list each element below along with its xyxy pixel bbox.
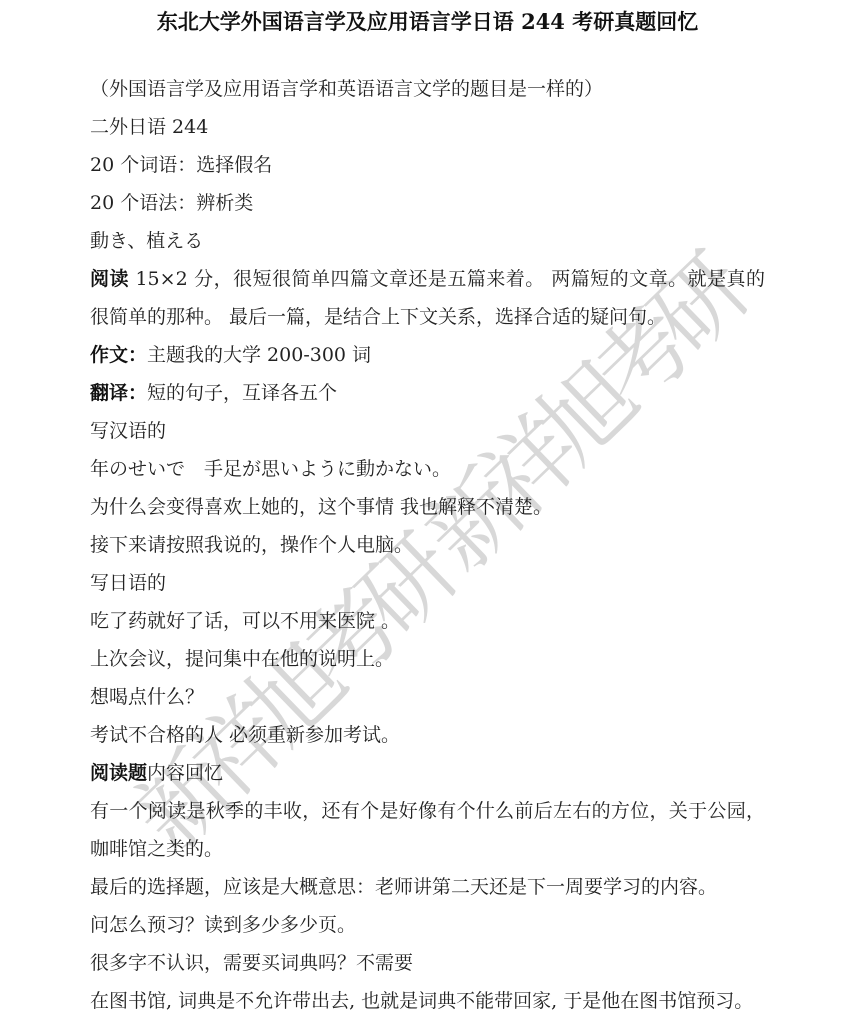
paragraph: 翻译：短的句子，互译各五个 [90,374,765,412]
paragraph: 20 个语法：辨析类 [90,184,765,222]
paragraph: 上次会议，提问集中在他的说明上。 [90,640,765,678]
paragraph-lead: 阅读 [90,268,129,290]
paragraph-lead: 阅读题 [90,762,147,784]
paragraph-text: 内容回忆 [147,762,223,784]
paragraph-text: 为什么会变得喜欢上她的，这个事情 我也解释不清楚。 [90,496,552,518]
paragraph: 最后的选择题，应该是大概意思：老师讲第二天还是下一周要学习的内容。 [90,868,765,906]
paragraph: 很多字不认识，需要买词典吗？不需要 [90,944,765,982]
paragraph: 年のせいで 手足が思いように動かない。 [90,450,765,488]
document-body: （外国语言学及应用语言学和英语语言文学的题目是一样的）二外日语 24420 个词… [90,70,765,1020]
paragraph: 20 个词语：选择假名 [90,146,765,184]
paragraph: 在图书馆, 词典是不允许带出去, 也就是词典不能带回家, 于是他在图书馆预习。 [90,982,765,1020]
paragraph: 写汉语的 [90,412,765,450]
paragraph-text: （外国语言学及应用语言学和英语语言文学的题目是一样的） [90,78,603,100]
paragraph-text: 写汉语的 [90,420,166,442]
paragraph-text: 年のせいで 手足が思いように動かない。 [90,458,451,480]
paragraph-text: 短的句子，互译各五个 [147,382,337,404]
paragraph-lead: 翻译： [90,382,147,404]
paragraph-text: 20 个词语：选择假名 [90,154,272,176]
document-title: 东北大学外国语言学及应用语言学日语 244 考研真题回忆 [0,8,855,36]
paragraph-lead: 作文： [90,344,147,366]
paragraph: （外国语言学及应用语言学和英语语言文学的题目是一样的） [90,70,765,108]
paragraph: 作文：主题我的大学 200-300 词 [90,336,765,374]
paragraph-text: 主题我的大学 200-300 词 [147,344,371,366]
paragraph-text: 考试不合格的人 必须重新参加考试。 [90,724,400,746]
paragraph: 吃了药就好了话，可以不用来医院 。 [90,602,765,640]
paragraph-text: 最后的选择题，应该是大概意思：老师讲第二天还是下一周要学习的内容。 [90,876,717,898]
paragraph: 想喝点什么？ [90,678,765,716]
paragraph-text: 上次会议，提问集中在他的说明上。 [90,648,394,670]
paragraph-text: 吃了药就好了话，可以不用来医院 。 [90,610,400,632]
paragraph-text: 在图书馆, 词典是不允许带出去, 也就是词典不能带回家, 于是他在图书馆预习。 [90,990,753,1012]
paragraph-text: 有一个阅读是秋季的丰收，还有个是好像有个什么前后左右的方位，关于公园，咖啡馆之类… [90,800,765,860]
paragraph-text: 问怎么预习？读到多少多少页。 [90,914,356,936]
paragraph-text: 二外日语 244 [90,116,208,138]
paragraph: 阅读 15×2 分，很短很简单四篇文章还是五篇来着。 两篇短的文章。就是真的很简… [90,260,765,336]
paragraph: 写日语的 [90,564,765,602]
paragraph-text: 接下来请按照我说的，操作个人电脑。 [90,534,413,556]
paragraph: 動き、植える [90,222,765,260]
paragraph-text: 想喝点什么？ [90,686,204,708]
paragraph: 二外日语 244 [90,108,765,146]
paragraph-text: 很多字不认识，需要买词典吗？不需要 [90,952,413,974]
paragraph: 接下来请按照我说的，操作个人电脑。 [90,526,765,564]
paragraph-text: 20 个语法：辨析类 [90,192,253,214]
paragraph: 问怎么预习？读到多少多少页。 [90,906,765,944]
paragraph-text: 写日语的 [90,572,166,594]
paragraph-text: 動き、植える [90,230,203,252]
document-page: 新祥旭考研 新祥旭考研 东北大学外国语言学及应用语言学日语 244 考研真题回忆… [0,0,855,1024]
paragraph: 为什么会变得喜欢上她的，这个事情 我也解释不清楚。 [90,488,765,526]
paragraph: 有一个阅读是秋季的丰收，还有个是好像有个什么前后左右的方位，关于公园，咖啡馆之类… [90,792,765,868]
paragraph-text: 15×2 分，很短很简单四篇文章还是五篇来着。 两篇短的文章。就是真的很简单的那… [90,268,765,328]
paragraph: 考试不合格的人 必须重新参加考试。 [90,716,765,754]
paragraph: 阅读题内容回忆 [90,754,765,792]
